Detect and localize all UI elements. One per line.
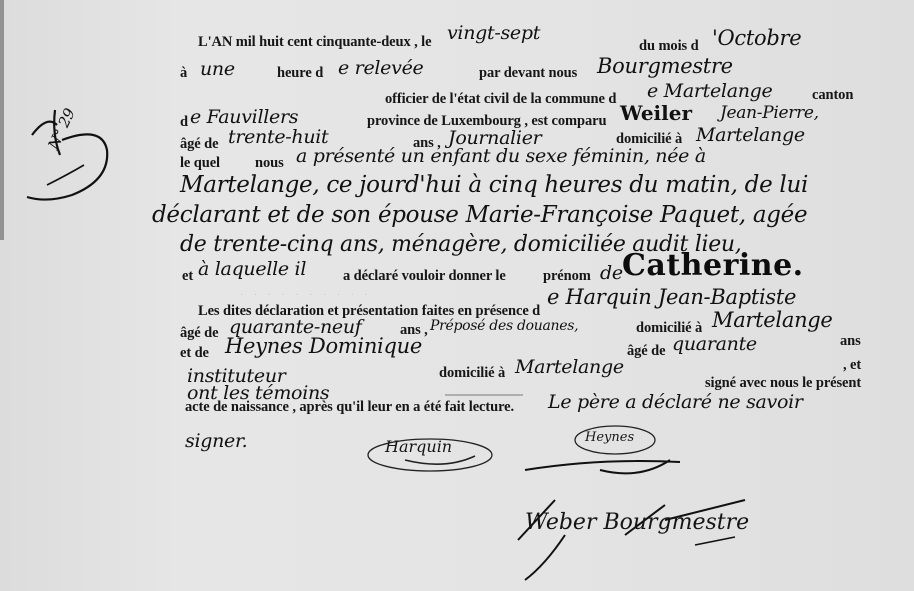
printed-signed-with-us: signé avec nous le présent: [705, 375, 861, 392]
printed-et: , et: [843, 357, 861, 374]
handwritten-de: de: [600, 262, 623, 284]
handwritten-mother: déclarant et de son épouse Marie-Françoi…: [152, 202, 807, 228]
handwritten-canton: e Fauvillers: [190, 106, 298, 128]
handwritten-witness1-residence: Martelange: [712, 308, 833, 332]
printed-lequel: le quel: [180, 155, 220, 172]
handwritten-witness1: e Harquin Jean-Baptiste: [547, 285, 796, 309]
handwritten-father-cannot-sign: Le père a déclaré ne savoir: [548, 391, 803, 413]
printed-declare: a déclaré vouloir donner le: [343, 268, 506, 285]
handwritten-time-of-day: e relevée: [338, 57, 423, 79]
printed-birth-act-reading: acte de naissance , après qu'il leur en …: [185, 399, 514, 416]
handwritten-official-title: Bourgmestre: [597, 54, 733, 78]
handwritten-surname: Weiler: [620, 101, 692, 125]
printed-domicilie: domicilié à: [439, 365, 505, 382]
handwritten-witness2-age: quarante: [672, 333, 757, 355]
handwritten-presentation: a présenté un enfant du sexe féminin, né…: [296, 145, 706, 167]
printed-age-label: âgé de: [627, 343, 665, 360]
handwritten-witness2: Heynes Dominique: [225, 334, 422, 358]
page-binding-edge: [0, 0, 4, 240]
handwritten-witness1-occupation: Préposé des douanes,: [430, 318, 578, 334]
printed-month-label: du mois d: [639, 38, 699, 55]
civil-register-page: · · · · · · · · · · N° 29 L'AN mil huit …: [0, 0, 914, 591]
printed-canton: canton: [812, 87, 853, 104]
printed-ans: ans: [840, 333, 861, 350]
printed-par-devant: par devant nous: [479, 65, 577, 82]
bleed-through-text: · · · · · · · · · ·: [240, 290, 372, 301]
printed-age-label: âgé de: [180, 325, 218, 342]
handwritten-day: vingt-sept: [447, 22, 540, 44]
handwritten-birth-place-time: Martelange, ce jourd'hui à cinq heures d…: [180, 172, 808, 198]
handwritten-a-laquelle: à laquelle il: [198, 258, 306, 280]
handwritten-month: 'Octobre: [712, 26, 801, 50]
printed-year-intro: L'AN mil huit cent cinquante-deux , le: [198, 34, 431, 51]
handwritten-witness2-residence: Martelange: [515, 356, 624, 378]
signature-flourish-icon: [515, 495, 825, 585]
signature-flourish-icon: [520, 420, 690, 480]
handwritten-given-names: Jean-Pierre,: [720, 103, 819, 123]
handwritten-residence: Martelange: [696, 124, 805, 146]
handwritten-commune: e Martelange: [647, 80, 772, 102]
printed-age-label: âgé de: [180, 136, 218, 153]
printed-nous: nous: [255, 155, 284, 172]
printed-a: à: [180, 65, 187, 82]
printed-heure: heure d: [277, 65, 323, 82]
printed-et-de: et de: [180, 345, 209, 362]
blank-line-stroke: [445, 393, 525, 397]
printed-d: d: [180, 114, 188, 131]
handwritten-signer: signer.: [185, 430, 247, 452]
handwritten-hour: une: [200, 58, 235, 80]
child-first-name: Catherine.: [622, 248, 804, 283]
printed-officier: officier de l'état civil de la commune d: [385, 91, 616, 108]
printed-prenom: prénom: [543, 268, 591, 285]
printed-et: et: [182, 268, 193, 285]
